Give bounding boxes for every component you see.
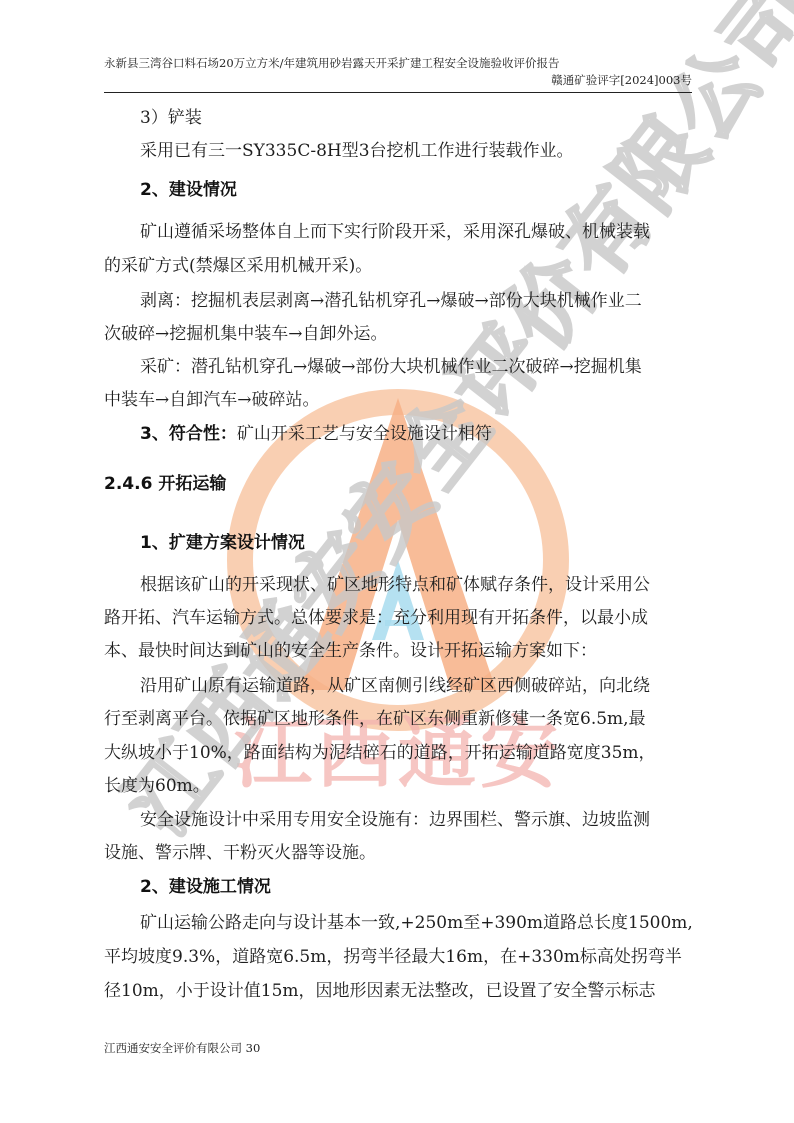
paragraph-line: 的采矿方式(禁爆区采用机械开采)。 [104, 256, 704, 276]
subsection-heading: 1、扩建方案设计情况 [140, 533, 740, 553]
page-header: 永新县三湾谷口料石场20万立方米/年建筑用砂岩露天开采扩建工程安全设施验收评价报… [104, 55, 692, 89]
subsection-heading: 2、建设施工情况 [140, 877, 740, 897]
paragraph-line: 安全设施设计中采用专用安全设施有：边界围栏、警示旗、边坡监测 [140, 810, 740, 830]
sub-item-title: 3）铲装 [140, 108, 740, 128]
paragraph-line: 大纵坡小于10%，路面结构为泥结碎石的道路，开拓运输道路宽度35m， [104, 743, 704, 763]
page-footer: 江西通安安全评价有限公司 30 [104, 1040, 260, 1056]
paragraph-line: 长度为60m。 [104, 776, 704, 796]
paragraph-line: 平均坡度9.3%，道路宽6.5m，拐弯半径最大16m，在+330m标高处拐弯半 [104, 947, 704, 967]
paragraph-line: 行至剥离平台。依据矿区地形条件，在矿区东侧重新修建一条宽6.5m,最 [104, 709, 704, 729]
section-heading: 2、建设情况 [140, 180, 740, 200]
paragraph-line: 剥离：挖掘机表层剥离→潜孔钻机穿孔→爆破→部份大块机械作业二 [140, 291, 740, 311]
paragraph-line: 沿用矿山原有运输道路，从矿区南侧引线经矿区西侧破碎站，向北绕 [140, 676, 740, 696]
document-number: 赣通矿验评字[2024]003号 [104, 72, 692, 89]
header-divider [104, 92, 692, 93]
conformity-line: 3、符合性：矿山开采工艺与安全设施设计相符 [140, 424, 740, 444]
paragraph-line: 中装车→自卸汽车→破碎站。 [104, 390, 704, 410]
paragraph-line: 采矿：潜孔钻机穿孔→爆破→部份大块机械作业二次破碎→挖掘机集 [140, 357, 740, 377]
conformity-text: 矿山开采工艺与安全设施设计相符 [237, 424, 492, 444]
conformity-label: 3、符合性： [140, 424, 237, 444]
paragraph-line: 路开拓、汽车运输方式。总体要求是：充分利用现有开拓条件，以最小成 [104, 608, 704, 628]
paragraph-line: 设施、警示牌、干粉灭火器等设施。 [104, 843, 704, 863]
paragraph-line: 矿山运输公路走向与设计基本一致,+250m至+390m道路总长度1500m, [140, 913, 740, 933]
document-page: 江西通安 江西通安安全评价有限公司 永新县三湾谷口料石场20万立方米/年建筑用砂… [0, 0, 794, 1123]
paragraph-line: 次破碎→挖掘机集中装车→自卸外运。 [104, 324, 704, 344]
section-246-heading: 2.4.6 开拓运输 [104, 474, 704, 494]
report-title: 永新县三湾谷口料石场20万立方米/年建筑用砂岩露天开采扩建工程安全设施验收评价报… [104, 55, 692, 72]
paragraph-line: 本、最快时间达到矿山的安全生产条件。设计开拓运输方案如下： [104, 641, 704, 661]
paragraph-line: 根据该矿山的开采现状、矿区地形特点和矿体赋存条件，设计采用公 [140, 575, 740, 595]
paragraph-line: 径10m，小于设计值15m，因地形因素无法整改，已设置了安全警示标志 [104, 981, 704, 1001]
paragraph-line: 矿山遵循采场整体自上而下实行阶段开采，采用深孔爆破、机械装载 [140, 222, 740, 242]
paragraph-line: 采用已有三一SY335C-8H型3台挖机工作进行装载作业。 [140, 141, 740, 161]
